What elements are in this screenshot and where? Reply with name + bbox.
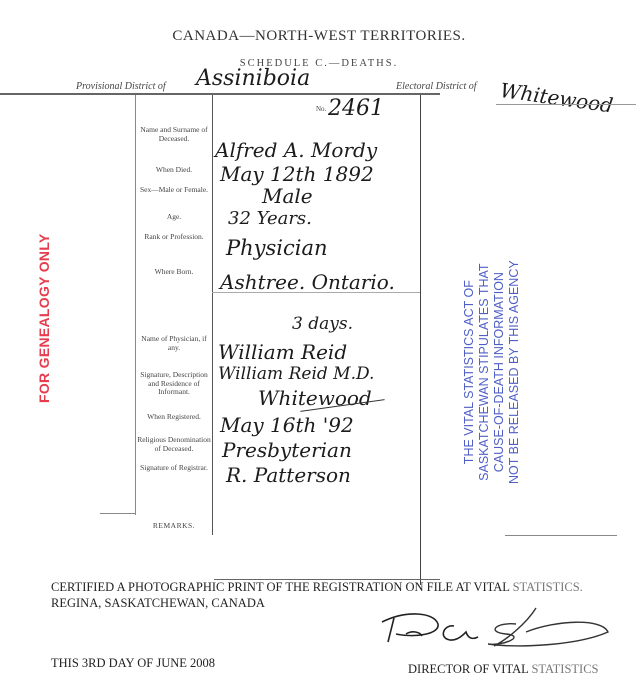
value-age: 32 Years. [228, 208, 312, 229]
certification-line-2: REGINA, SASKATCHEWAN, CANADA [51, 596, 265, 611]
value-informant: William Reid M.D. [218, 364, 374, 384]
value-sex: Male [262, 184, 313, 208]
label-when-registered: When Registered. [136, 413, 212, 422]
electoral-district-label: Electoral District of [396, 81, 477, 92]
number-label: No. [316, 105, 326, 113]
value-informant-residence: Whitewood [258, 386, 372, 410]
certification-line-1: CERTIFIED A PHOTOGRAPHIC PRINT OF THE RE… [51, 580, 583, 595]
right-column-rule [420, 95, 421, 585]
genealogy-stamp: FOR GENEALOGY ONLY [36, 233, 52, 403]
value-name-of-deceased: Alfred A. Mordy [215, 138, 377, 162]
remarks-rule [100, 513, 136, 514]
label-religious-denomination: Religious Denomination of Deceased. [136, 436, 212, 453]
director-signature [376, 604, 616, 654]
stamp-line-1: THE VITAL STATISTICS ACT OF [462, 260, 477, 484]
certification-date: THIS 3RD DAY OF JUNE 2008 [51, 656, 215, 671]
value-duration: 3 days. [292, 314, 353, 334]
provisional-district-value: Assiniboia [196, 66, 310, 91]
stamp-line-3: CAUSE-OF-DEATH INFORMATION [492, 260, 507, 484]
header-rule [0, 93, 440, 95]
registration-number: 2461 [328, 96, 384, 121]
provisional-district-label: Provisional District of [76, 81, 166, 92]
label-signature-of-registrar: Signature of Registrar. [136, 464, 212, 473]
label-column-rule [212, 95, 213, 535]
stamp-line-2: SASKATCHEWAN STIPULATES THAT [477, 260, 492, 484]
label-remarks: REMARKS. [136, 522, 212, 531]
vital-statistics-stamp: THE VITAL STATISTICS ACT OF SASKATCHEWAN… [462, 260, 522, 484]
label-sex: Sex—Male or Female. [136, 186, 212, 195]
value-registrar-signature: R. Patterson [226, 463, 351, 487]
value-when-registered: May 16th '92 [220, 413, 354, 437]
label-name-of-physician: Name of Physician, if any. [136, 335, 212, 352]
value-physician: William Reid [218, 340, 347, 364]
electoral-district-value: Whitewood [499, 78, 615, 118]
stamp-line-4: NOT BE RELEASED BY THIS AGENCY [507, 260, 522, 484]
label-when-died: When Died. [136, 166, 212, 175]
value-when-died: May 12th 1892 [220, 162, 374, 186]
label-where-born: Where Born. [136, 268, 212, 277]
electoral-underline [496, 104, 636, 105]
value-profession: Physician [226, 236, 328, 260]
label-informant: Signature, Description and Residence of … [136, 371, 212, 397]
director-title: DIRECTOR OF VITAL STATISTICS [408, 662, 599, 677]
label-name-of-deceased: Name and Surname of Deceased. [136, 126, 212, 143]
margin-rule [505, 535, 617, 536]
label-age: Age. [136, 213, 212, 222]
label-rank-or-profession: Rank or Profession. [136, 233, 212, 242]
document-title: CANADA—NORTH-WEST TERRITORIES. [0, 28, 638, 45]
value-where-born: Ashtree. Ontario. [220, 270, 395, 294]
schedule-subtitle: SCHEDULE C.—DEATHS. [0, 58, 638, 69]
value-religion: Presbyterian [222, 438, 352, 462]
